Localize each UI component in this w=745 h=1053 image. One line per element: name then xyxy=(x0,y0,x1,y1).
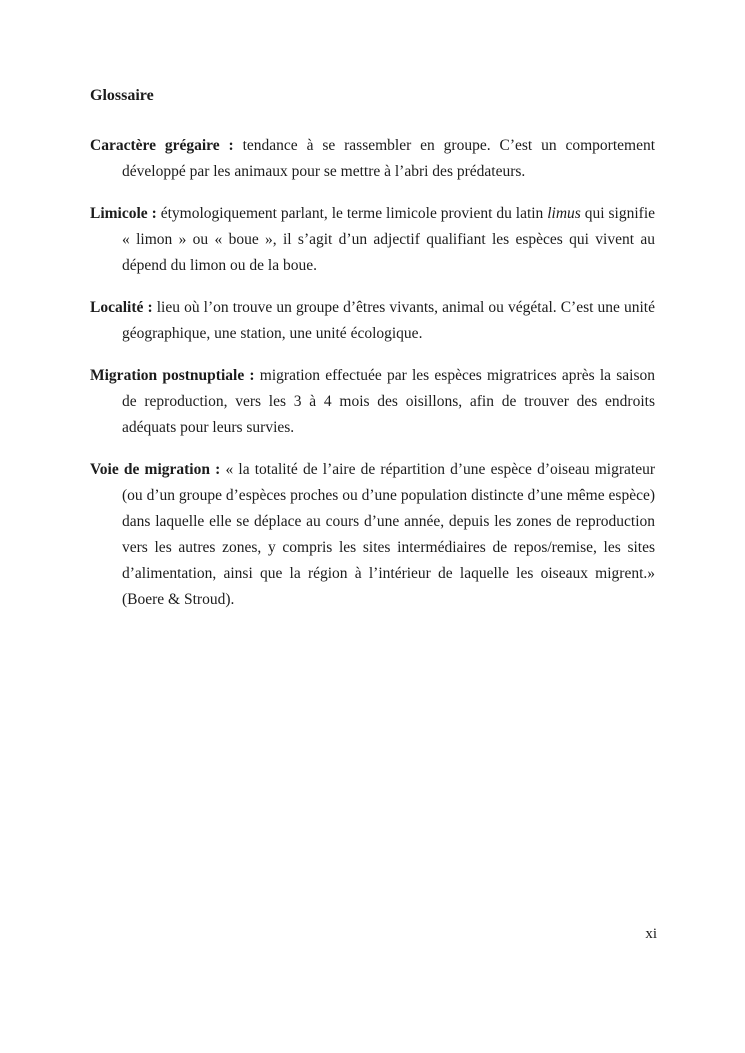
glossary-entry-limicole: Limicole : étymologiquement parlant, le … xyxy=(90,201,655,279)
page-title: Glossaire xyxy=(90,83,655,109)
glossary-italic-word: limus xyxy=(547,205,581,222)
glossary-entry-migration-postnuptiale: Migration postnuptiale : migration effec… xyxy=(90,363,655,441)
document-page: Glossaire Caractère grégaire : tendance … xyxy=(0,0,745,1053)
glossary-term: Caractère grégaire : xyxy=(90,137,234,154)
glossary-entry-voie-de-migration: Voie de migration : « la totalité de l’a… xyxy=(90,457,655,613)
glossary-term: Migration postnuptiale : xyxy=(90,367,255,384)
glossary-definition: étymologiquement parlant, le terme limic… xyxy=(157,205,547,222)
glossary-entry-localite: Localité : lieu où l’on trouve un groupe… xyxy=(90,295,655,347)
glossary-definition: « la totalité de l’aire de répartition d… xyxy=(122,461,655,608)
page-number: xi xyxy=(645,924,657,944)
glossary-entry-caractere-gregaire: Caractère grégaire : tendance à se rasse… xyxy=(90,133,655,185)
glossary-definition: lieu où l’on trouve un groupe d’êtres vi… xyxy=(122,299,655,342)
glossary-term: Voie de migration : xyxy=(90,461,220,478)
glossary-term: Localité : xyxy=(90,299,153,316)
glossary-term: Limicole : xyxy=(90,205,157,222)
